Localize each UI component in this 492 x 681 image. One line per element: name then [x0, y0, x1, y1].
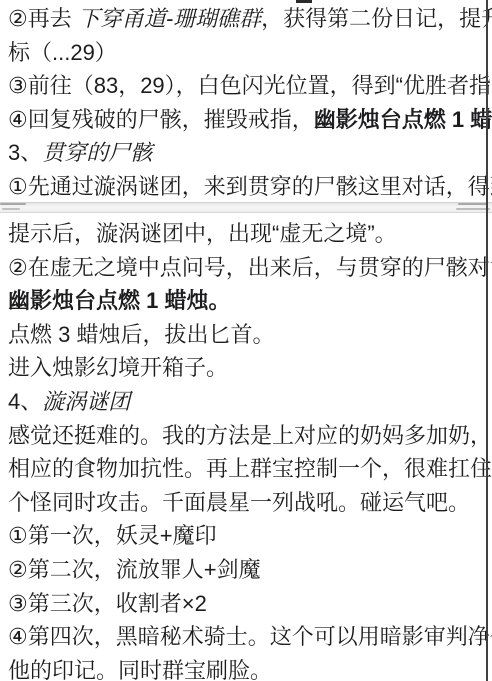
page-edge-shadow-left-bottom [2, 208, 20, 210]
text-line: 幽影烛台点燃 1 蜡烛。 [0, 284, 492, 318]
text-line: ④第四次，黑暗秘术骑士。这个可以用暗影审判净化 [0, 620, 492, 654]
text-line: ③前往（83，29），白色闪光位置，得到“优胜者指环”。 [0, 69, 492, 103]
text-segment-normal: 提示后，漩涡谜团中，出现“虚无之境”。 [8, 221, 397, 246]
text-segment-normal: ④回复残破的尸骸，摧毁戒指， [8, 107, 314, 132]
text-segment-normal: ②第二次，流放罪人+剑魔 [8, 557, 261, 582]
document-viewport[interactable]: ②再去 下穿甬道-珊瑚礁群，获得第二份日记，提升坐标（...29）③前往（83，… [0, 0, 492, 681]
text-line: ②在虚无之境中点问号，出来后，与贯穿的尸骸对话， [0, 251, 492, 285]
text-segment-normal: 4、 [8, 389, 42, 414]
text-line: 他的印记。同时群宝刷脸。 [0, 654, 492, 681]
text-segment-normal: 感觉还挺难的。我的方法是上对应的奶妈多加奶，吃 [8, 423, 492, 448]
text-segment-normal: 标（...29） [8, 40, 117, 65]
text-segment-normal: 进入烛影幻境开箱子。 [8, 355, 228, 380]
page-edge-shadow-right-top [458, 203, 488, 205]
text-line: ①第一次，妖灵+魔印 [0, 519, 492, 553]
text-line: 点燃 3 蜡烛后，拔出匕首。 [0, 318, 492, 352]
text-segment-normal: ②在虚无之境中点问号，出来后，与贯穿的尸骸对话， [8, 255, 492, 280]
text-line: ④回复残破的尸骸，摧毁戒指，幽影烛台点燃 1 蜡烛。 [0, 103, 492, 137]
text-segment-normal: 3、 [8, 140, 42, 165]
text-segment-normal: 他的印记。同时群宝刷脸。 [8, 658, 272, 681]
scrollbar[interactable] [486, 0, 488, 681]
text-segment-italic: 贯穿的尸骸 [42, 140, 152, 165]
text-line: ②再去 下穿甬道-珊瑚礁群，获得第二份日记，提升坐 [0, 2, 492, 36]
document-page-2[interactable]: 提示后，漩涡谜团中，出现“虚无之境”。②在虚无之境中点问号，出来后，与贯穿的尸骸… [0, 213, 492, 681]
document-page-1[interactable]: ②再去 下穿甬道-珊瑚礁群，获得第二份日记，提升坐标（...29）③前往（83，… [0, 0, 492, 202]
text-line: 4、漩涡谜团 [0, 385, 492, 419]
text-line: 标（...29） [0, 36, 492, 70]
text-segment-normal: ①第一次，妖灵+魔印 [8, 523, 217, 548]
text-segment-normal: ③第三次，收割者×2 [8, 591, 207, 616]
text-segment-italic: 下穿甬道-珊瑚礁群 [78, 6, 261, 31]
text-segment-normal: ④第四次，黑暗秘术骑士。这个可以用暗影审判净化 [8, 624, 492, 649]
text-line: 相应的食物加抗性。再上群宝控制一个，很难扛住两 [0, 452, 492, 486]
page-edge-shadow-right-bottom [456, 208, 490, 210]
text-line: ③第三次，收割者×2 [0, 587, 492, 621]
text-segment-bold: 幽影烛台点燃 1 蜡烛。 [8, 288, 230, 313]
text-line: 个怪同时攻击。千面晨星一列战吼。碰运气吧。 [0, 486, 492, 520]
text-line: ①先通过漩涡谜团，来到贯穿的尸骸这里对话，得到 [0, 170, 492, 202]
text-segment-bold: 幽影烛台点燃 1 蜡烛。 [314, 107, 492, 132]
text-segment-normal: ，获得第二份日记，提升坐 [261, 6, 492, 31]
text-segment-italic: 漩涡谜团 [42, 389, 130, 414]
clipped-text-artifact [296, 0, 312, 3]
text-segment-normal: 相应的食物加抗性。再上群宝控制一个，很难扛住两 [8, 456, 492, 481]
text-line: 3、贯穿的尸骸 [0, 136, 492, 170]
page-break-seam [0, 202, 492, 213]
text-segment-normal: ②再去 [8, 6, 78, 31]
text-line: 进入烛影幻境开箱子。 [0, 351, 492, 385]
text-line: 提示后，漩涡谜团中，出现“虚无之境”。 [0, 217, 492, 251]
text-segment-normal: ③前往（83，29），白色闪光位置，得到“优胜者指环”。 [8, 73, 492, 98]
text-segment-normal: 点燃 3 蜡烛后，拔出匕首。 [8, 322, 274, 347]
text-segment-normal: 个怪同时攻击。千面晨星一列战吼。碰运气吧。 [8, 490, 470, 515]
text-segment-normal: ①先通过漩涡谜团，来到贯穿的尸骸这里对话，得到 [8, 174, 492, 199]
text-line: 感觉还挺难的。我的方法是上对应的奶妈多加奶，吃 [0, 419, 492, 453]
page-edge-shadow-left-top [0, 203, 26, 205]
text-line: ②第二次，流放罪人+剑魔 [0, 553, 492, 587]
